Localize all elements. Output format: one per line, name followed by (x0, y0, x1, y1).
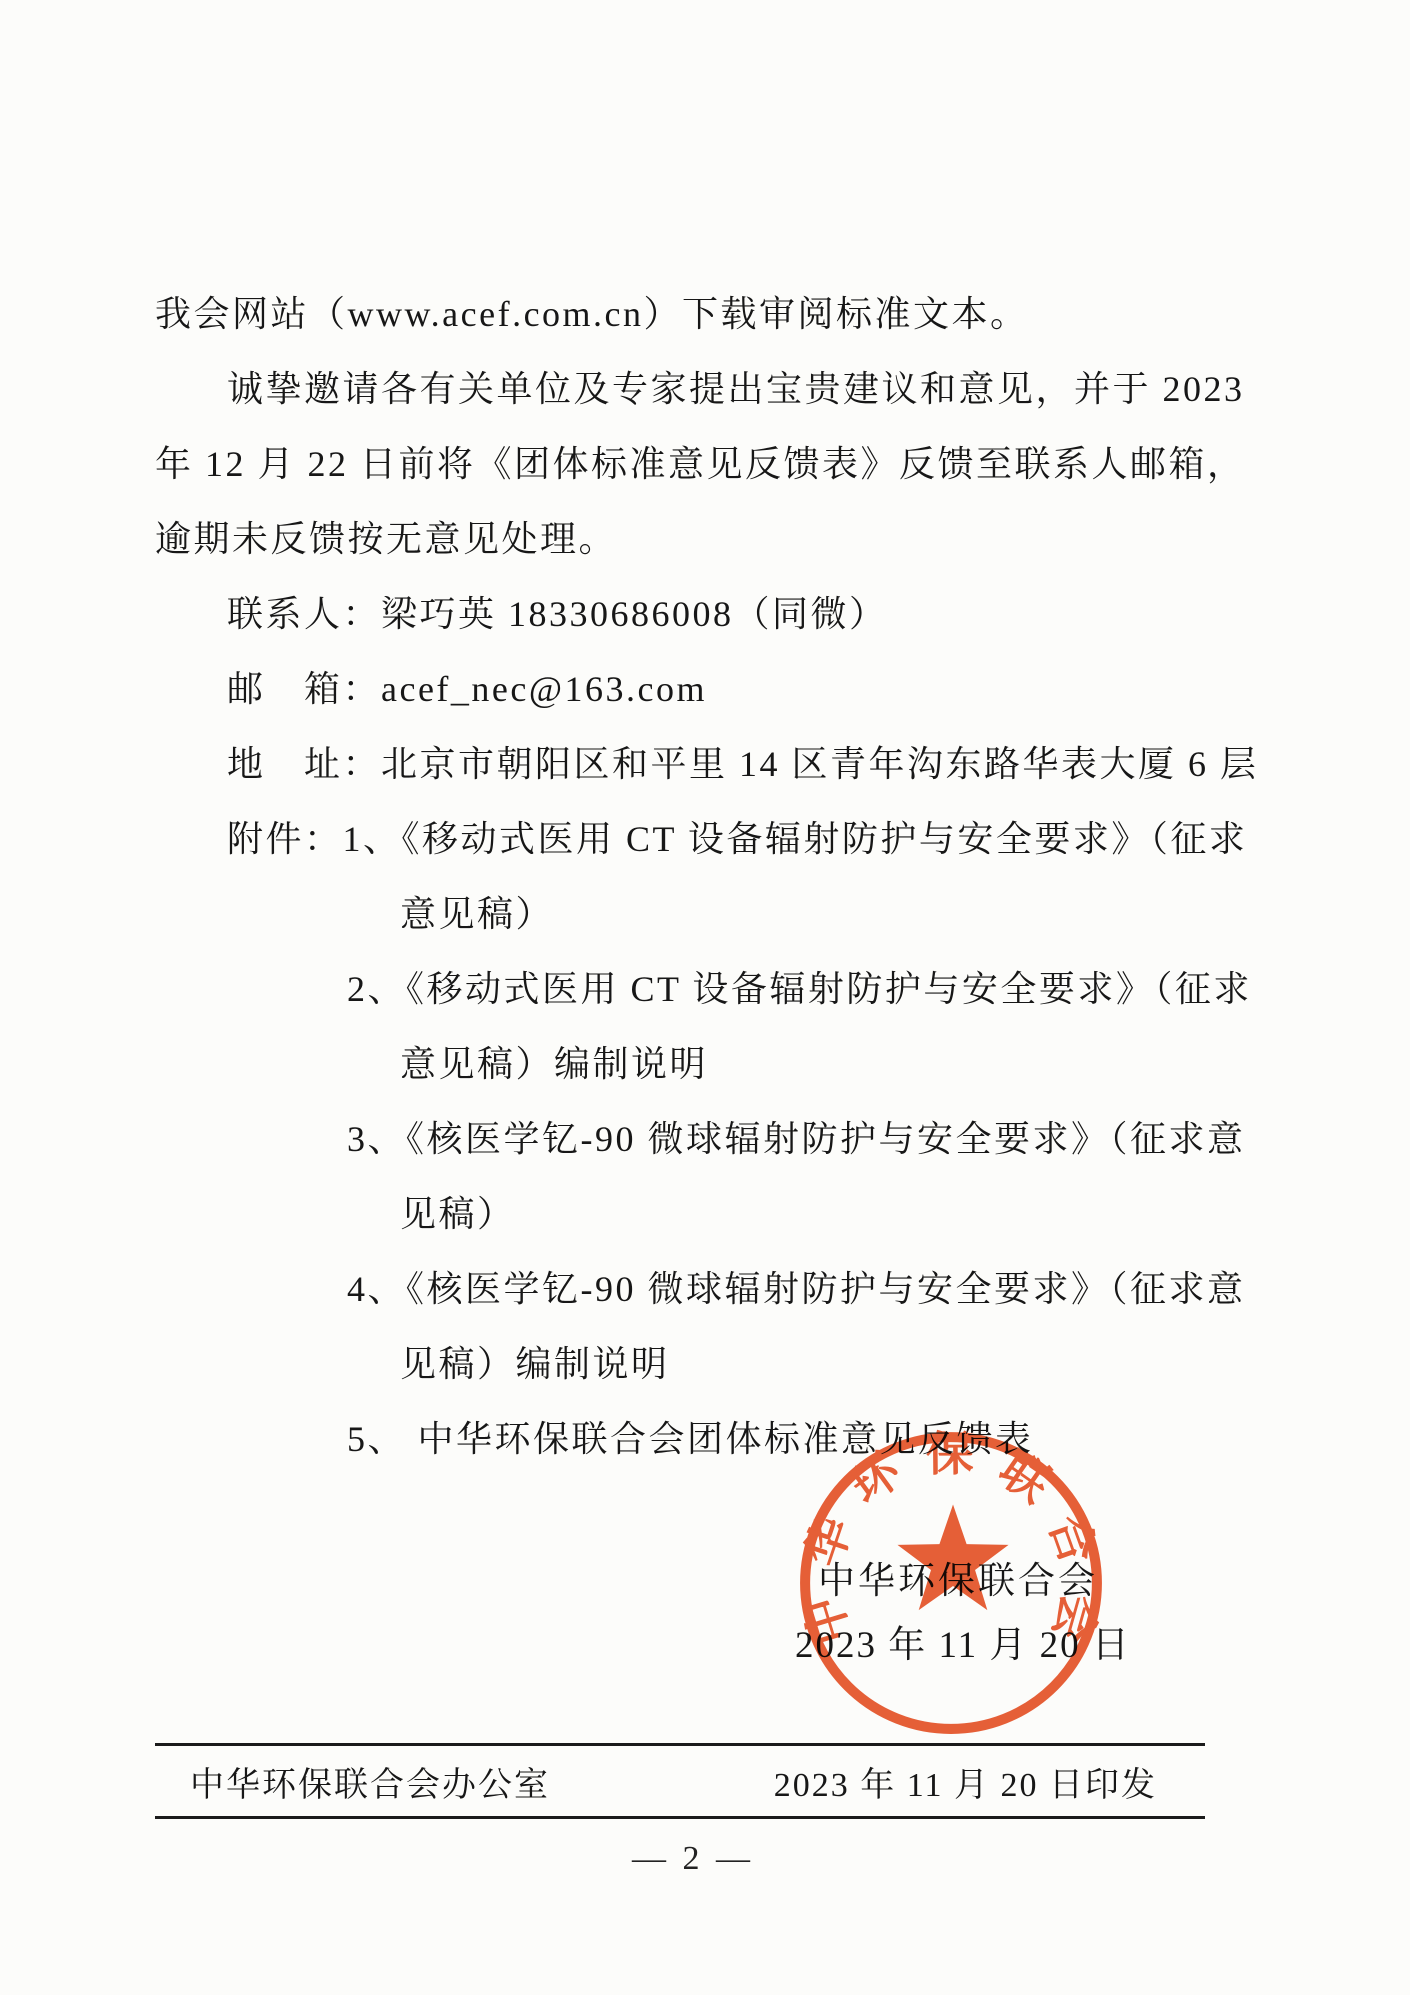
attachment-line-3: 3、《核医学钇-90 微球辐射防护与安全要求》（征求意 (155, 1102, 1215, 1177)
footer-bottom-rule (155, 1816, 1205, 1819)
star-icon (897, 1505, 1008, 1611)
contact-line: 联系人：梁巧英 18330686008（同微） (155, 577, 1215, 652)
email-line: 邮 箱：acef_nec@163.com (155, 652, 1215, 727)
body-line: 年 12 月 22 日前将《团体标准意见反馈表》反馈至联系人邮箱， (155, 427, 1215, 502)
document-footer: 中华环保联合会办公室 2023 年 11 月 20 日印发 (155, 1743, 1205, 1819)
page-number: — 2 — (608, 1840, 778, 1878)
attachment-line-2: 2、《移动式医用 CT 设备辐射防护与安全要求》（征求 (155, 952, 1215, 1027)
letter-body: 我会网站（www.acef.com.cn）下载审阅标准文本。 诚挚邀请各有关单位… (155, 277, 1215, 1477)
footer-office: 中华环保联合会办公室 (155, 1757, 550, 1806)
body-line: 诚挚邀请各有关单位及专家提出宝贵建议和意见，并于 2023 (155, 352, 1215, 427)
attachment-line-2-cont: 意见稿）编制说明 (155, 1027, 1215, 1102)
attachment-line-1-cont: 意见稿） (155, 877, 1215, 952)
body-line: 我会网站（www.acef.com.cn）下载审阅标准文本。 (155, 277, 1215, 352)
body-line: 逾期未反馈按无意见处理。 (155, 502, 1215, 577)
attachment-line-4-cont: 见稿）编制说明 (155, 1327, 1215, 1402)
attachment-line-4: 4、《核医学钇-90 微球辐射防护与安全要求》（征求意 (155, 1252, 1215, 1327)
address-line: 地 址：北京市朝阳区和平里 14 区青年沟东路华表大厦 6 层 (155, 727, 1215, 802)
footer-print-date: 2023 年 11 月 20 日印发 (774, 1757, 1205, 1806)
document-page: 我会网站（www.acef.com.cn）下载审阅标准文本。 诚挚邀请各有关单位… (0, 0, 1410, 1995)
attachment-line-1: 附件：1、《移动式医用 CT 设备辐射防护与安全要求》（征求 (155, 802, 1215, 877)
official-seal: 中华环保联合会 (790, 1422, 1112, 1744)
footer-row: 中华环保联合会办公室 2023 年 11 月 20 日印发 (155, 1746, 1205, 1816)
attachment-line-3-cont: 见稿） (155, 1177, 1215, 1252)
